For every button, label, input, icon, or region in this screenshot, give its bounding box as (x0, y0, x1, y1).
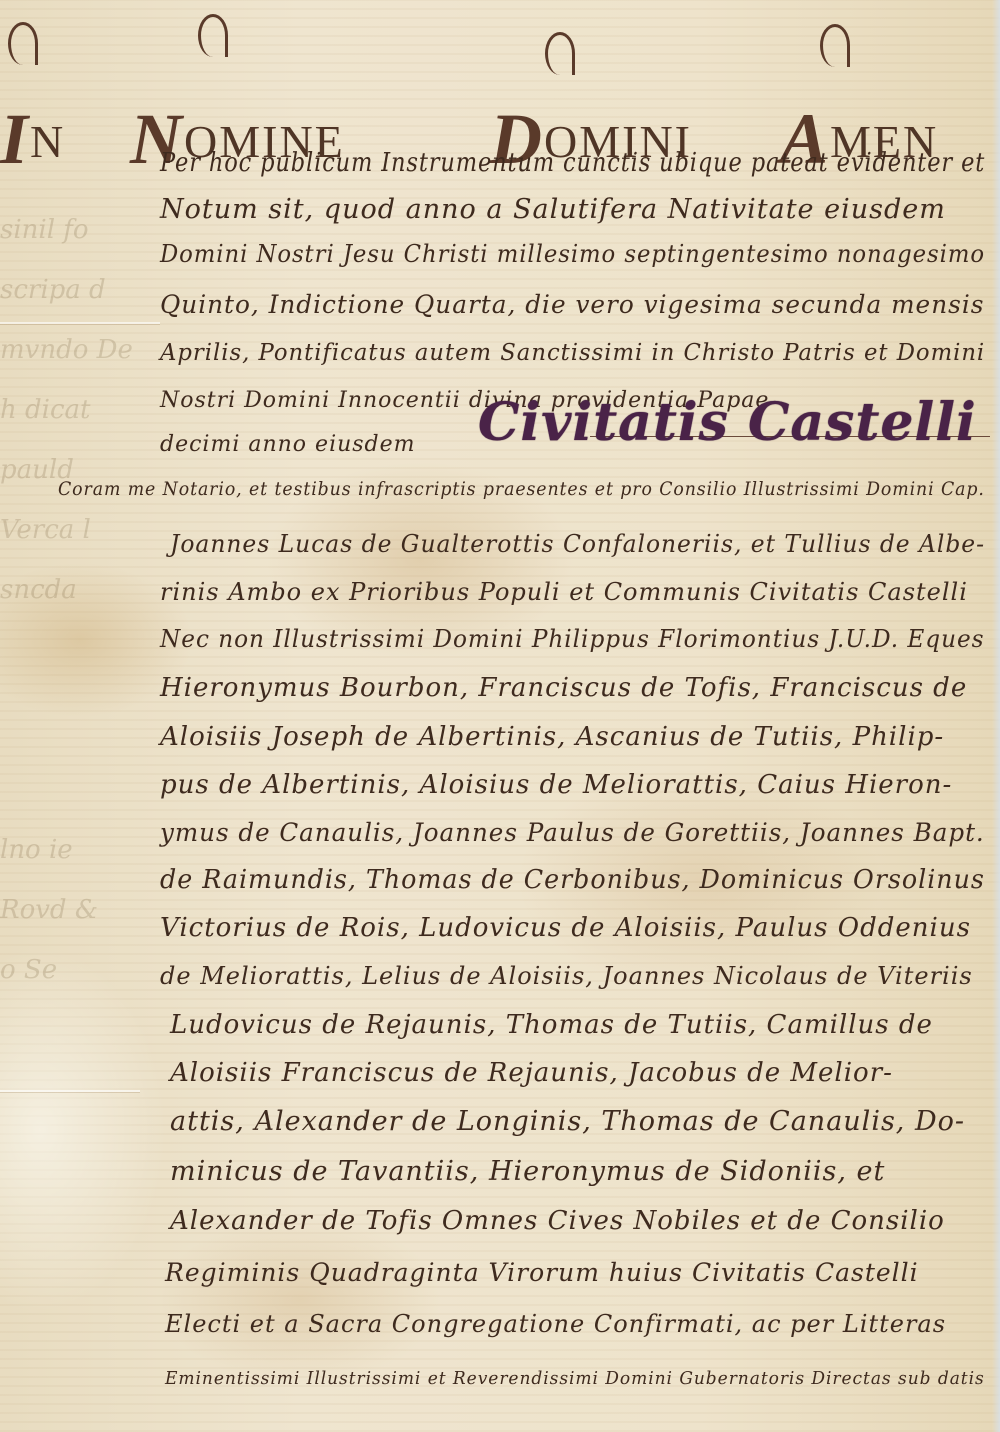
manuscript-line: de Raimundis, Thomas de Cerbonibus, Domi… (160, 865, 985, 895)
manuscript-line: Joannes Lucas de Gualterottis Confaloner… (170, 530, 985, 558)
manuscript-line: decimi anno eiusdem (160, 432, 416, 457)
manuscript-line: Per hoc publicum Instrumentum cunctis ub… (160, 148, 985, 178)
manuscript-line: de Meliorattis, Lelius de Aloisiis, Joan… (160, 962, 973, 990)
overlay-title: Civitatis Castelli (478, 392, 977, 453)
flourish-ornament (198, 14, 228, 57)
manuscript-line: Aloisiis Joseph de Albertinis, Ascanius … (160, 722, 944, 752)
bleed-through-text: lno ieRovd &o Se (0, 820, 150, 1120)
manuscript-line: Hieronymus Bourbon, Franciscus de Tofis,… (160, 673, 967, 703)
manuscript-line: Eminentissimi Illustrissimi et Reverendi… (165, 1368, 985, 1389)
manuscript-line: ymus de Canaulis, Joannes Paulus de Gore… (160, 818, 985, 847)
bleed-through-text: sinil foscripa dmvndo Deh dicatpauldVerc… (0, 200, 150, 700)
flourish-ornament (8, 22, 38, 65)
manuscript-line: Alexander de Tofis Omnes Cives Nobiles e… (170, 1206, 945, 1236)
manuscript-line: Regiminis Quadraginta Virorum huius Civi… (165, 1258, 919, 1287)
manuscript-line: Ludovicus de Rejaunis, Thomas de Tutiis,… (170, 1010, 933, 1040)
manuscript-line: minicus de Tavantiis, Hieronymus de Sido… (170, 1156, 885, 1187)
paper-edge (992, 0, 1000, 1432)
paper-fold (0, 1090, 140, 1092)
document-heading: IN NOMINE DOMINI AMEN (0, 60, 1000, 150)
manuscript-line: Quinto, Indictione Quarta, die vero vige… (160, 290, 984, 319)
manuscript-line: pus de Albertinis, Aloisius de Melioratt… (160, 770, 952, 800)
manuscript-line: Coram me Notario, et testibus infrascrip… (58, 478, 985, 500)
manuscript-line: Nec non Illustrissimi Domini Philippus F… (160, 625, 985, 653)
manuscript-line: Notum sit, quod anno a Salutifera Nativi… (160, 194, 946, 225)
manuscript-line: Aprilis, Pontificatus autem Sanctissimi … (160, 340, 985, 366)
manuscript-line: Electi et a Sacra Congregatione Confirma… (165, 1310, 946, 1338)
heading-word: IN (0, 92, 65, 175)
manuscript-line: Domini Nostri Jesu Christi millesimo sep… (160, 240, 985, 268)
flourish-ornament (820, 24, 850, 67)
manuscript-line: Victorius de Rois, Ludovicus de Aloisiis… (160, 913, 971, 943)
paper-fold (0, 322, 160, 324)
manuscript-line: attis, Alexander de Longinis, Thomas de … (170, 1106, 965, 1137)
flourish-ornament (545, 32, 575, 75)
manuscript-line: rinis Ambo ex Prioribus Populi et Commun… (160, 578, 968, 606)
manuscript-line: Aloisiis Franciscus de Rejaunis, Jacobus… (170, 1058, 893, 1088)
